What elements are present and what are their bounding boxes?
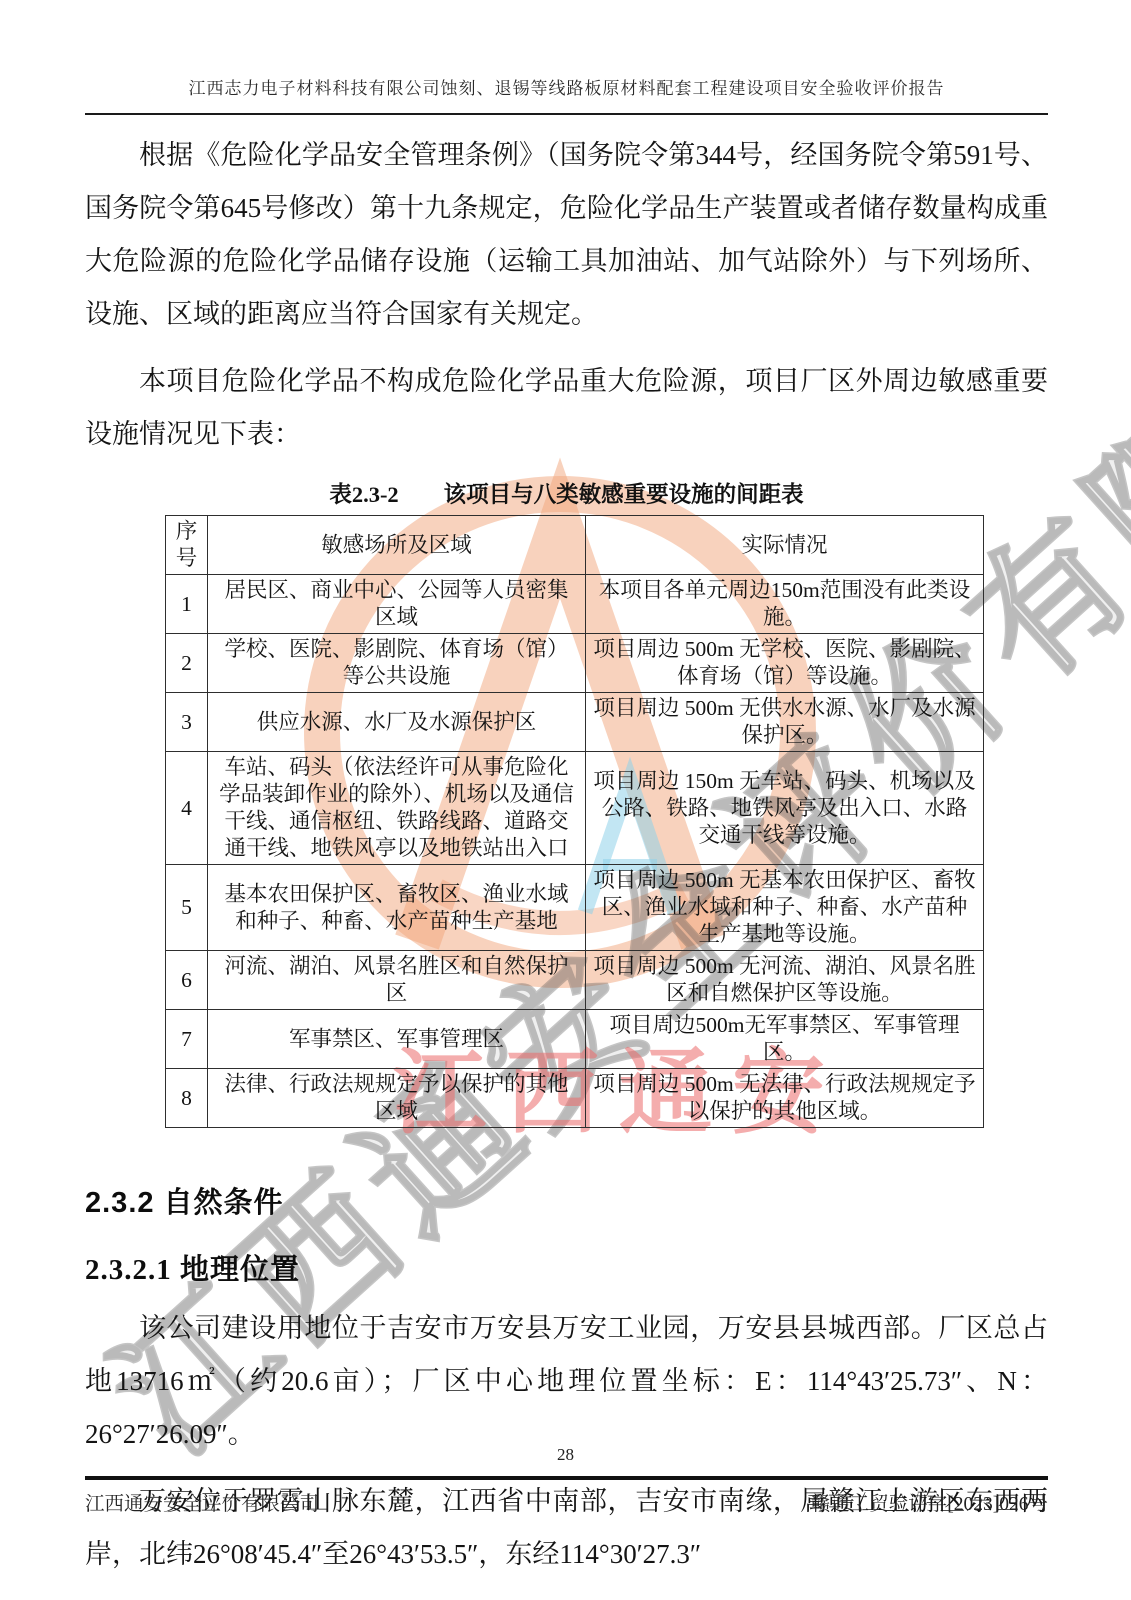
- col-header-area: 敏感场所及区域: [208, 516, 586, 575]
- section-heading-geographic-location: 2.3.2.1 地理位置: [85, 1247, 1048, 1288]
- cell-actual: 项目周边 500m 无学校、医院、影剧院、体育场（馆）等设施。: [586, 634, 984, 693]
- table-row: 7 军事禁区、军事管理区 项目周边500m无军事禁区、军事管理区。: [166, 1010, 984, 1069]
- cell-actual: 项目周边 150m 无车站、码头、机场以及公路、铁路、地铁风亭及出入口、水路交通…: [586, 752, 984, 865]
- col-header-actual: 实际情况: [586, 516, 984, 575]
- cell-area: 供应水源、水厂及水源保护区: [208, 693, 586, 752]
- page-content: 江西志力电子材料科技有限公司蚀刻、退锡等线路板原材料配套工程建设项目安全验收评价…: [0, 0, 1131, 1581]
- footer: 江西通安安全评价有限公司 赣通工贸验评字[2023]026号: [85, 1488, 1048, 1516]
- cell-actual: 项目周边 500m 无供水水源、水厂及水源保护区。: [586, 693, 984, 752]
- page-number: 28: [0, 1445, 1131, 1465]
- footer-document-number: 赣通工贸验评字[2023]026号: [811, 1488, 1048, 1516]
- paragraph-site-location: 该公司建设用地位于吉安市万安县万安工业园，万安县县城西部。厂区总占地13716㎡…: [85, 1302, 1048, 1461]
- cell-actual: 项目周边 500m 无法律、行政法规规定予以保护的其他区域。: [586, 1069, 984, 1128]
- cell-area: 学校、医院、影剧院、体育场（馆）等公共设施: [208, 634, 586, 693]
- footer-divider: [85, 1476, 1048, 1480]
- footer-company-name: 江西通安安全评价有限公司: [85, 1488, 319, 1516]
- table-row: 4 车站、码头（依法经许可从事危险化学品装卸作业的除外）、机场以及通信干线、通信…: [166, 752, 984, 865]
- cell-index: 8: [166, 1069, 208, 1128]
- col-header-index: 序号: [166, 516, 208, 575]
- cell-index: 7: [166, 1010, 208, 1069]
- document-page: 江西通安全评价有限公司 江西通安 江西志力电子材料科技有限公司蚀刻、退锡等线路板…: [0, 0, 1131, 1600]
- cell-index: 2: [166, 634, 208, 693]
- table-row: 6 河流、湖泊、风景名胜区和自然保护区 项目周边 500m 无河流、湖泊、风景名…: [166, 951, 984, 1010]
- table-row: 1 居民区、商业中心、公园等人员密集区域 本项目各单元周边150m范围没有此类设…: [166, 575, 984, 634]
- cell-index: 5: [166, 865, 208, 951]
- table-row: 8 法律、行政法规规定予以保护的其他区域 项目周边 500m 无法律、行政法规规…: [166, 1069, 984, 1128]
- cell-actual: 项目周边500m无军事禁区、军事管理区。: [586, 1010, 984, 1069]
- table-caption: 表2.3-2 该项目与八类敏感重要设施的间距表: [85, 477, 1048, 509]
- cell-area: 基本农田保护区、畜牧区、渔业水域和种子、种畜、水产苗种生产基地: [208, 865, 586, 951]
- table-header-row: 序号 敏感场所及区域 实际情况: [166, 516, 984, 575]
- cell-area: 法律、行政法规规定予以保护的其他区域: [208, 1069, 586, 1128]
- cell-index: 4: [166, 752, 208, 865]
- cell-index: 6: [166, 951, 208, 1010]
- table-row: 2 学校、医院、影剧院、体育场（馆）等公共设施 项目周边 500m 无学校、医院…: [166, 634, 984, 693]
- table-row: 5 基本农田保护区、畜牧区、渔业水域和种子、种畜、水产苗种生产基地 项目周边 5…: [166, 865, 984, 951]
- cell-actual: 本项目各单元周边150m范围没有此类设施。: [586, 575, 984, 634]
- cell-actual: 项目周边 500m 无基本农田保护区、畜牧区、渔业水域和种子、种畜、水产苗种生产…: [586, 865, 984, 951]
- section-heading-natural-conditions: 2.3.2 自然条件: [85, 1180, 1048, 1221]
- cell-index: 1: [166, 575, 208, 634]
- running-header-title: 江西志力电子材料科技有限公司蚀刻、退锡等线路板原材料配套工程建设项目安全验收评价…: [85, 78, 1048, 100]
- cell-index: 3: [166, 693, 208, 752]
- header-divider: [85, 113, 1048, 115]
- cell-area: 河流、湖泊、风景名胜区和自然保护区: [208, 951, 586, 1010]
- table-row: 3 供应水源、水厂及水源保护区 项目周边 500m 无供水水源、水厂及水源保护区…: [166, 693, 984, 752]
- paragraph-regulation: 根据《危险化学品安全管理条例》（国务院令第344号，经国务院令第591号、国务院…: [85, 129, 1048, 341]
- paragraph-project-status: 本项目危险化学品不构成危险化学品重大危险源，项目厂区外周边敏感重要设施情况见下表…: [85, 355, 1048, 461]
- sensitive-facility-distance-table: 序号 敏感场所及区域 实际情况 1 居民区、商业中心、公园等人员密集区域 本项目…: [165, 515, 984, 1128]
- cell-area: 车站、码头（依法经许可从事危险化学品装卸作业的除外）、机场以及通信干线、通信枢纽…: [208, 752, 586, 865]
- cell-area: 军事禁区、军事管理区: [208, 1010, 586, 1069]
- cell-area: 居民区、商业中心、公园等人员密集区域: [208, 575, 586, 634]
- cell-actual: 项目周边 500m 无河流、湖泊、风景名胜区和自燃保护区等设施。: [586, 951, 984, 1010]
